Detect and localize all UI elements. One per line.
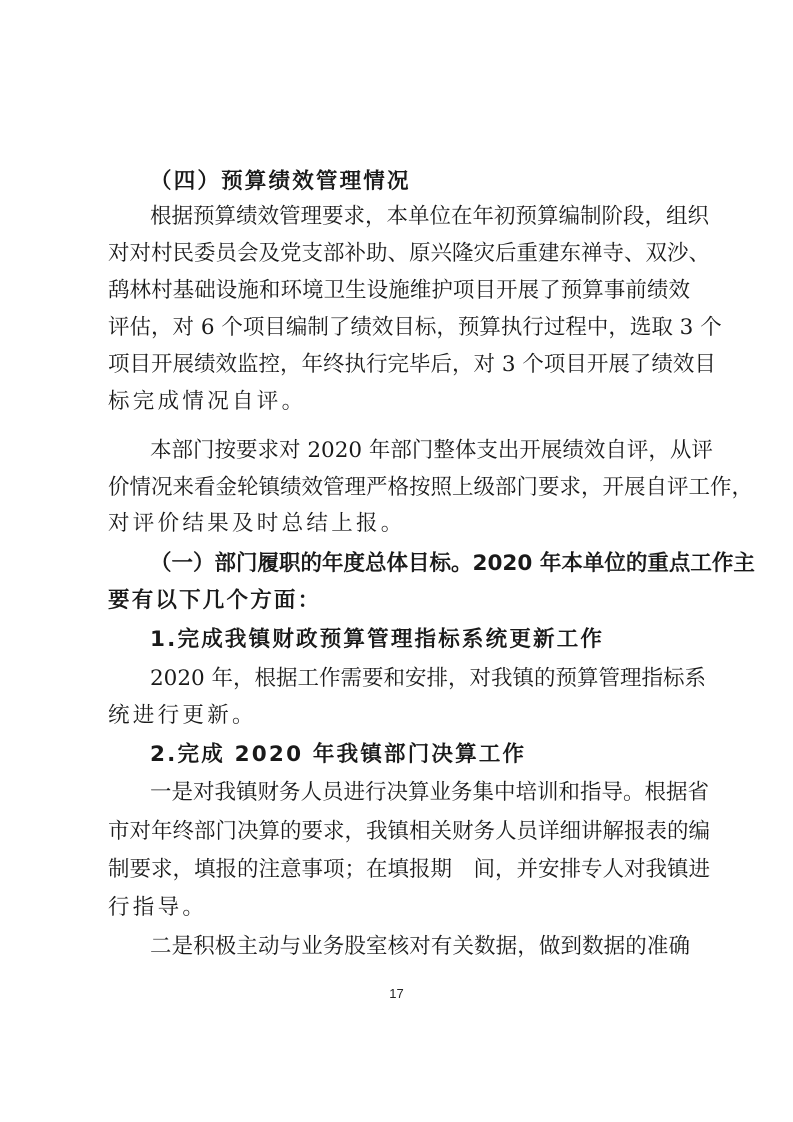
paragraph-line: 统进行更新。 [108, 701, 690, 731]
paragraph-line: 制要求，填报的注意事项；在填报期 间，并安排专人对我镇进 [108, 855, 690, 885]
section-heading: （四）预算绩效管理情况 [150, 167, 690, 197]
document-page: （四）预算绩效管理情况 根据预算绩效管理要求，本单位在年初预算编制阶段，组织 对… [0, 0, 793, 1122]
paragraph-line: 标完成情况自评。 [108, 387, 690, 417]
item-title: 1.完成我镇财政预算管理指标系统更新工作 [150, 625, 690, 655]
paragraph-line: 项目开展绩效监控，年终执行完毕后，对 3 个项目开展了绩效目 [108, 350, 690, 380]
page-number: 17 [0, 986, 793, 1001]
paragraph-line: 二是积极主动与业务股室核对有关数据，做到数据的准确 [150, 932, 690, 962]
paragraph-line: 对评价结果及时总结上报。 [108, 509, 690, 539]
paragraph-line: 价情况来看金轮镇绩效管理严格按照上级部门要求，开展自评工作， [108, 473, 690, 503]
paragraph-line: 本部门按要求对 2020 年部门整体支出开展绩效自评，从评 [150, 436, 690, 466]
paragraph-line: 市对年终部门决算的要求，我镇相关财务人员详细讲解报表的编 [108, 817, 690, 847]
item-title: 2.完成 2020 年我镇部门决算工作 [150, 740, 690, 770]
paragraph-line: 根据预算绩效管理要求，本单位在年初预算编制阶段，组织 [150, 202, 690, 232]
subheading-line: 要有以下几个方面： [108, 586, 690, 616]
subheading-line: （一）部门履职的年度总体目标。2020 年本单位的重点工作主 [150, 549, 690, 579]
paragraph-line: 2020 年，根据工作需要和安排，对我镇的预算管理指标系 [150, 664, 690, 694]
paragraph-line: 对对村民委员会及党支部补助、原兴隆灾后重建东禅寺、双沙、 [108, 239, 690, 269]
paragraph-line: 鸹林村基础设施和环境卫生设施维护项目开展了预算事前绩效 [108, 276, 690, 306]
paragraph-line: 评估，对 6 个项目编制了绩效目标，预算执行过程中，选取 3 个 [108, 313, 690, 343]
paragraph-line: 行指导。 [108, 893, 690, 923]
paragraph-line: 一是对我镇财务人员进行决算业务集中培训和指导。根据省 [150, 778, 690, 808]
